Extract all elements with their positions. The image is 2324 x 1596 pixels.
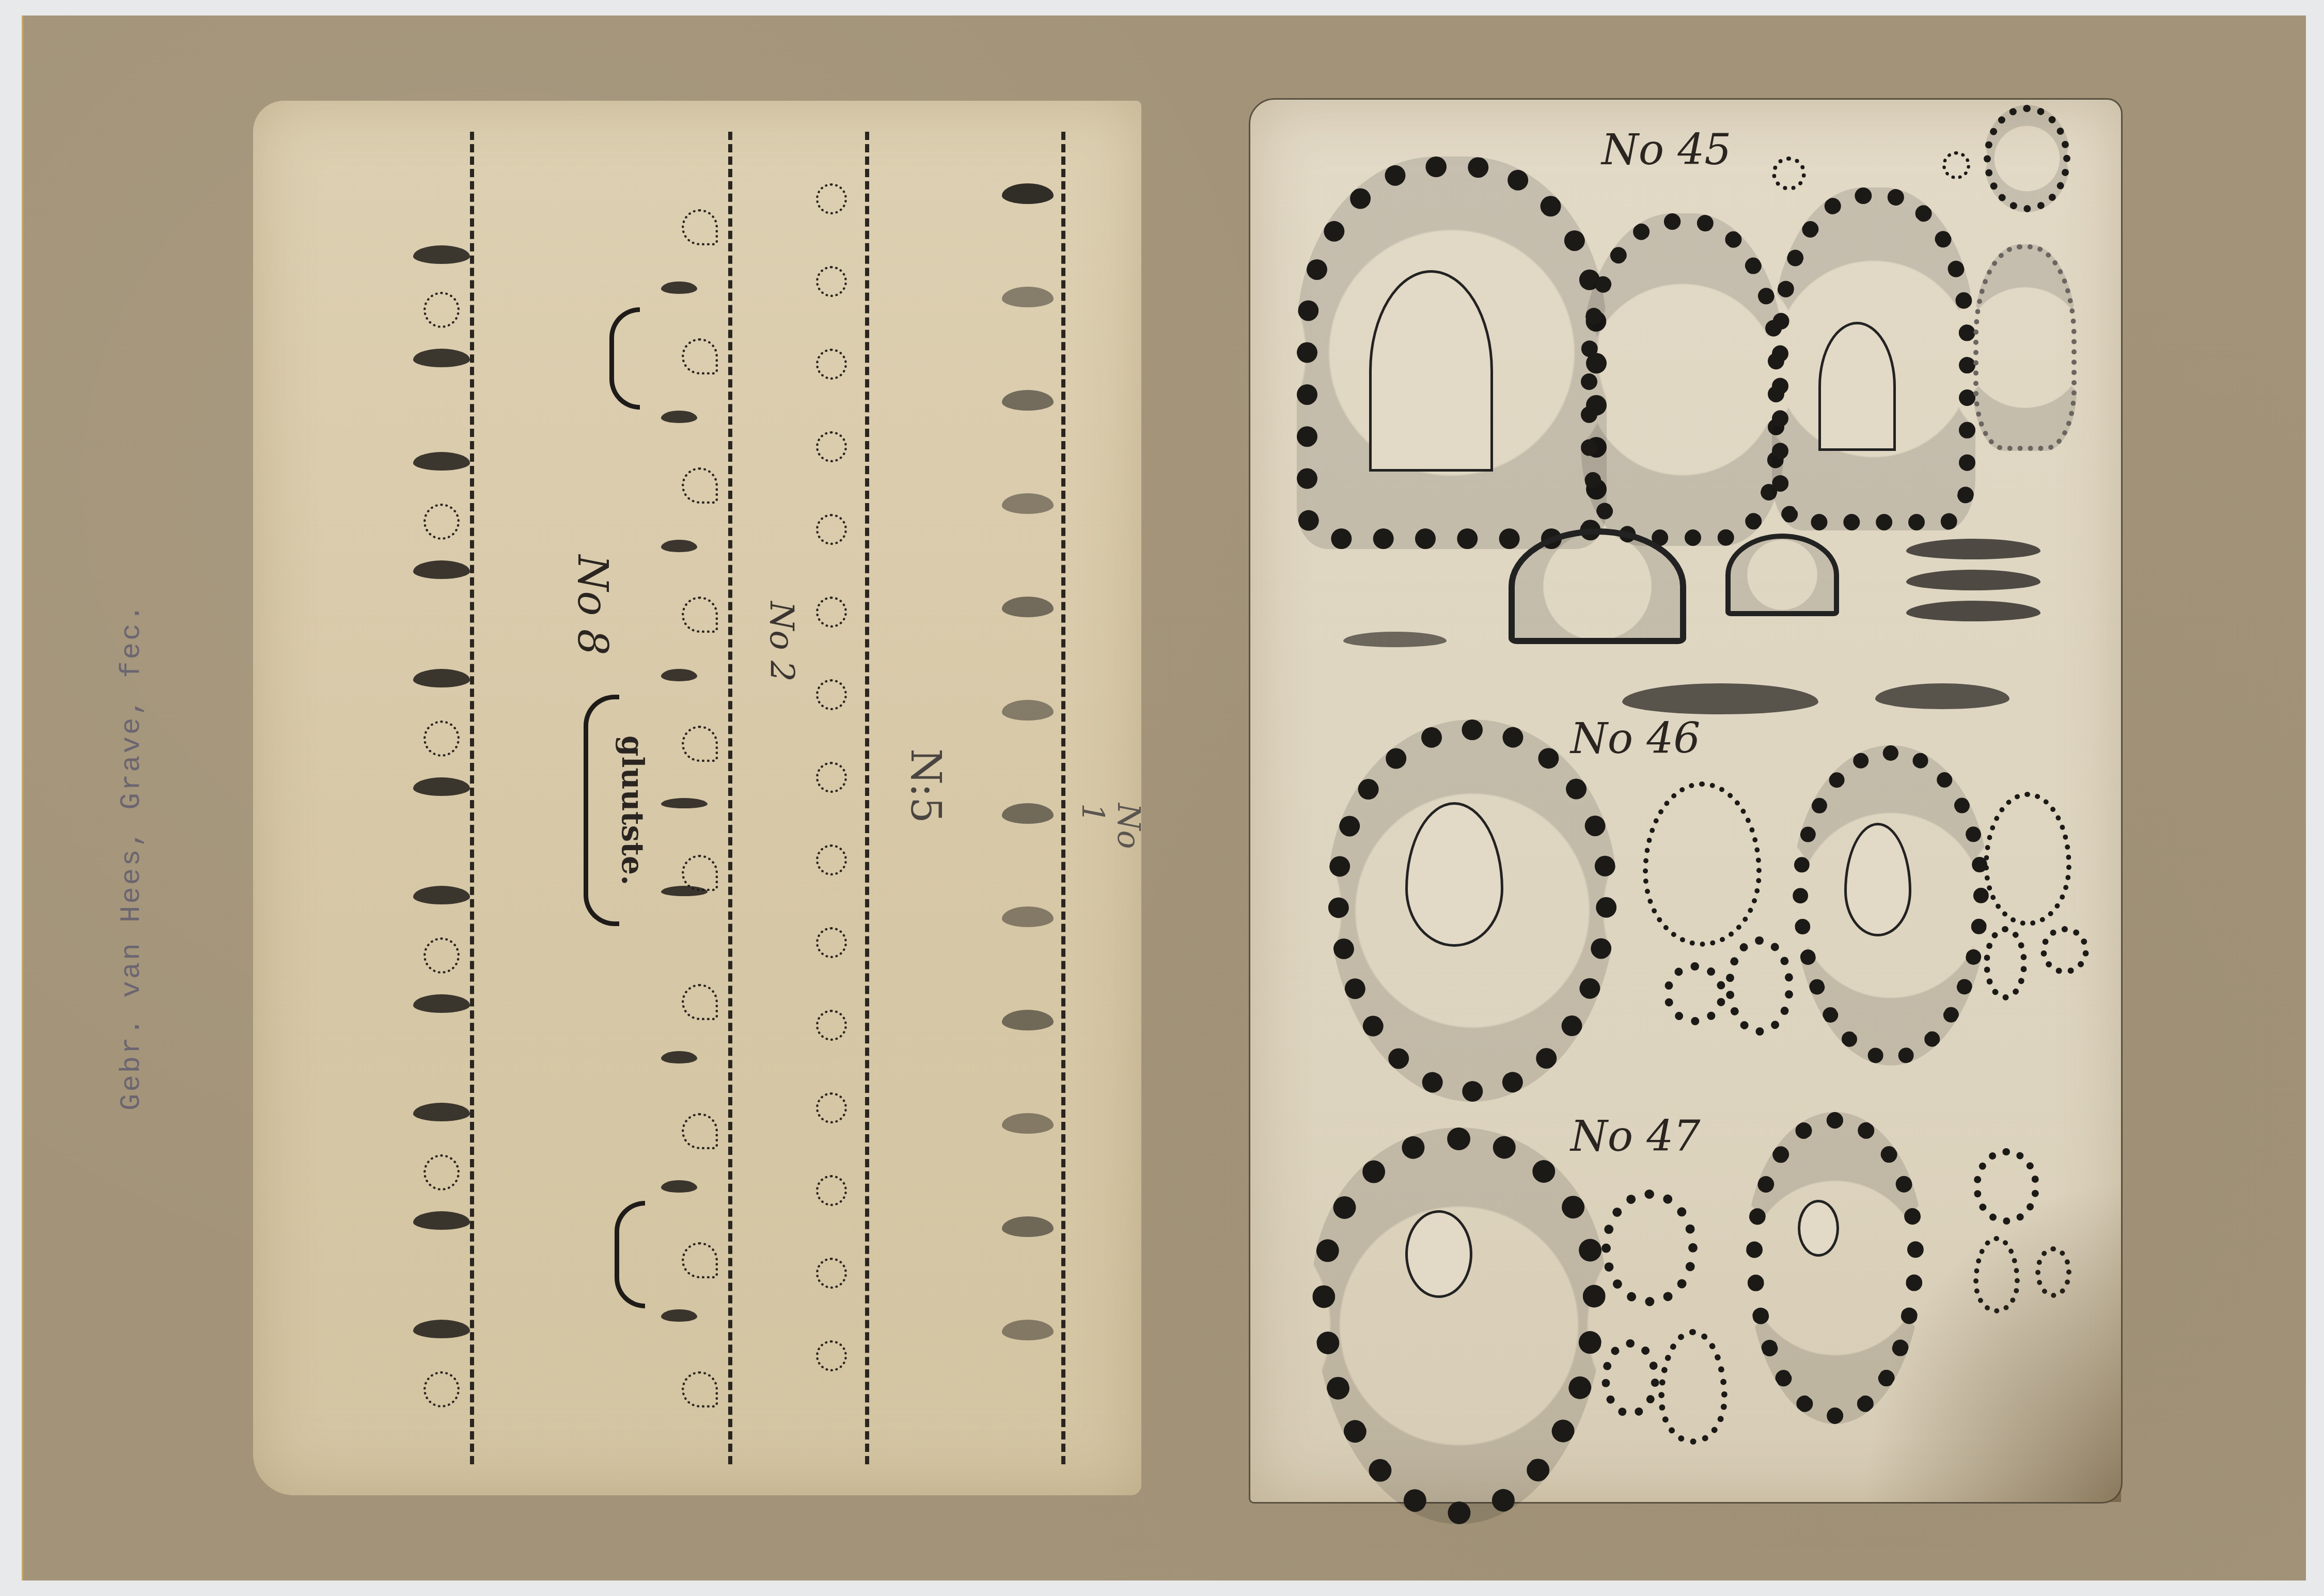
scroll-icon: [423, 1371, 460, 1407]
oval-opening: [1798, 1200, 1839, 1257]
pendant-opening: [1818, 322, 1896, 451]
bead-drop-icon: [661, 281, 697, 294]
label-no2: No 2: [762, 601, 800, 682]
bead-drop-icon: [661, 886, 708, 896]
s-scroll-icon: [816, 597, 847, 628]
leaf-spray-large: [1622, 683, 1818, 714]
cluster-stud-icon: [1984, 926, 2027, 1000]
scroll-icon: [423, 1154, 460, 1191]
pendant-drop-icon: [1002, 390, 1054, 411]
label-no8: No 8: [569, 555, 617, 655]
s-scroll-icon: [816, 1010, 847, 1041]
cluster-stud-icon: [1601, 1339, 1659, 1418]
s-scroll-icon: [816, 514, 847, 545]
s-scroll-icon: [816, 762, 847, 793]
label-no1: No 1: [1074, 803, 1147, 865]
pendant-drop-icon: [1002, 183, 1054, 204]
pendant-drop-icon: [1002, 493, 1054, 514]
small-pear-frame: [1984, 792, 2071, 926]
s-scroll-icon: [816, 431, 847, 462]
s-scroll-icon: [816, 844, 847, 875]
s-scroll-column: [800, 132, 873, 1464]
heart-icon: [682, 209, 718, 245]
s-scroll-icon: [816, 349, 847, 380]
heart-icon: [682, 984, 718, 1020]
pendant-drop-icon: [1002, 1216, 1054, 1237]
scroll-icon: [423, 292, 460, 328]
rosette-icon: [1942, 151, 1970, 179]
rosette-icon: [1772, 157, 1806, 191]
heart-icon: [682, 1113, 718, 1149]
teardrop-icon: [413, 560, 470, 579]
pendant-drop-icon: [1002, 1113, 1054, 1134]
pendant-drop-icon: [1002, 287, 1054, 307]
fan-comb-large: [1509, 528, 1686, 644]
teardrop-scroll-column: [403, 132, 475, 1464]
teardrop-icon: [413, 994, 470, 1013]
leaf-spray-small: [1343, 632, 1447, 647]
annotation-gluutste: gluutste.: [615, 736, 650, 885]
s-scroll-icon: [816, 183, 847, 214]
pendant-drop-icon: [1002, 1320, 1054, 1340]
teardrop-icon: [413, 349, 470, 367]
scroll-icon: [423, 937, 460, 974]
bead-drop-icon: [661, 540, 697, 552]
teardrop-icon: [413, 777, 470, 796]
s-scroll-icon: [816, 1092, 847, 1123]
teardrop-icon: [413, 1103, 470, 1121]
s-scroll-icon: [816, 1175, 847, 1206]
s-scroll-icon: [816, 927, 847, 958]
drop-frame: [1658, 1329, 1728, 1445]
right-print-card: No 45 No 46 No 47: [1249, 98, 2123, 1504]
scroll-brooch-bar: [1906, 539, 2040, 559]
scroll-brooch-bar: [1906, 570, 2040, 590]
column-divider: [865, 132, 874, 1464]
bead-heart-column: [661, 132, 733, 1464]
s-scroll-icon: [816, 266, 847, 297]
cluster-stud-icon: [2040, 926, 2089, 975]
bead-drop-icon: [661, 411, 697, 423]
scroll-brooch-bar: [1906, 601, 2040, 621]
pendant-drop-icon: [1002, 906, 1054, 927]
pendant-opening: [1369, 270, 1493, 472]
s-scroll-icon: [816, 1340, 847, 1371]
bead-drop-icon: [661, 1309, 697, 1322]
oval-opening: [1405, 1210, 1472, 1298]
pendant-drop-icon: [1002, 597, 1054, 617]
large-shield-filigree-brooch: [1312, 1128, 1606, 1524]
oval-cluster-icon: [1984, 105, 2070, 212]
publisher-imprint: Gebr. van Hees, Grave, fec.: [116, 603, 148, 1110]
heart-icon: [682, 726, 718, 762]
heart-icon: [682, 1242, 718, 1278]
left-print-card: No 8 gluutste. No 2: [253, 101, 1141, 1495]
bead-drop-icon: [661, 669, 697, 681]
heart-icon: [682, 1371, 718, 1407]
scroll-icon: [423, 504, 460, 540]
section-label-no45: No 45: [1601, 126, 1732, 175]
bracket-mark: [615, 1201, 645, 1308]
bracket-mark: [584, 695, 619, 926]
teardrop-icon: [413, 1320, 470, 1338]
pendant-drop-icon: [1002, 1010, 1054, 1030]
heart-icon: [682, 338, 718, 374]
section-label-no47: No 47: [1571, 1112, 1701, 1161]
bead-drop-icon: [661, 1051, 697, 1063]
teardrop-icon: [413, 1211, 470, 1230]
leaf-spray-medium: [1875, 683, 2009, 709]
teardrop-icon: [413, 886, 470, 904]
bead-drop-icon: [661, 798, 708, 808]
cluster-stud-icon: [1663, 962, 1726, 1025]
bracket-mark: [609, 307, 640, 410]
pendant-drop-column: [992, 132, 1064, 1464]
teardrop-icon: [413, 245, 470, 264]
water-stain: [1863, 1182, 2121, 1502]
section-label-no46: No 46: [1571, 714, 1701, 763]
teardrop-icon: [413, 669, 470, 687]
small-pear-frame: [1643, 781, 1762, 947]
fan-comb-small: [1725, 534, 1839, 616]
pendant-drop-icon: [1002, 700, 1054, 721]
teardrop-icon: [413, 452, 470, 471]
label-no5: N:5: [902, 748, 950, 823]
shield-filigree-plaque: [1581, 213, 1784, 546]
bead-drop-icon: [661, 1180, 697, 1193]
faint-shield-plaque: [1973, 244, 2077, 451]
s-scroll-icon: [816, 679, 847, 710]
column-divider: [470, 132, 479, 1464]
cluster-stud-icon: [1725, 936, 1794, 1036]
oval-frame: [1601, 1190, 1698, 1306]
pendant-drop-icon: [1002, 803, 1054, 824]
heart-icon: [682, 467, 718, 504]
scroll-icon: [423, 721, 460, 757]
column-divider: [1061, 132, 1071, 1464]
heart-icon: [682, 597, 718, 633]
column-divider: [728, 132, 737, 1464]
s-scroll-icon: [816, 1258, 847, 1289]
